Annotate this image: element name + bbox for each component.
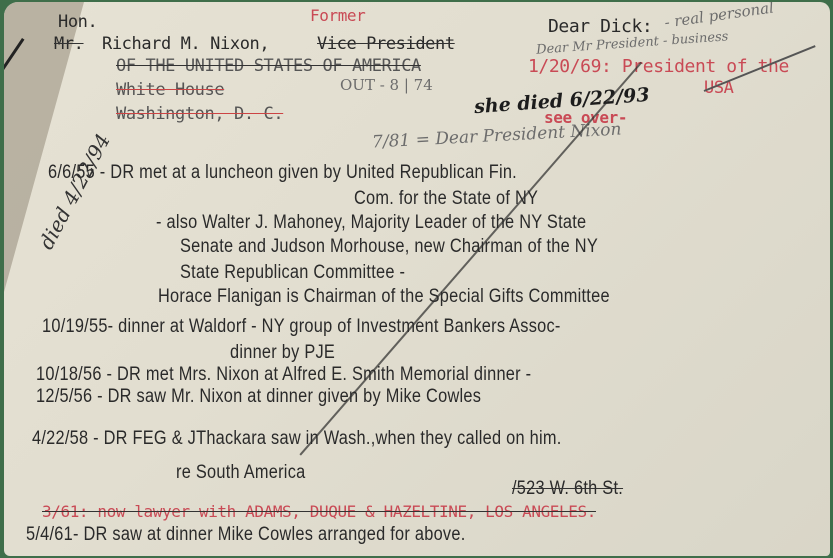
old-address: /523 W. 6th St.: [512, 478, 623, 500]
entry-line: 6/6/55 - DR met at a luncheon given by U…: [48, 162, 517, 184]
entry-line: Senate and Judson Morhouse, new Chairman…: [180, 236, 598, 258]
entry-line: State Republican Committee -: [180, 262, 405, 284]
lawyer-note: 3/61: now lawyer with ADAMS, DUQUE & HAZ…: [42, 502, 596, 521]
entry-line: 12/5/56 - DR saw Mr. Nixon at dinner giv…: [36, 386, 481, 408]
entry-line: 10/19/55- dinner at Waldorf - NY group o…: [42, 316, 561, 338]
hon-label: Hon.: [58, 12, 97, 32]
entry-line: dinner by PJE: [230, 342, 335, 364]
handwritten-out-date: OUT - 8 | 74: [340, 76, 433, 94]
former-label: Former: [310, 6, 365, 25]
entry-line: Horace Flanigan is Chairman of the Speci…: [158, 286, 610, 308]
mr-label: Mr.: [54, 34, 84, 54]
index-card: Hon. Former Mr. Richard M. Nixon, Vice P…: [4, 2, 830, 556]
entry-line: Com. for the State of NY: [354, 188, 538, 210]
addressee-city: Washington, D. C.: [116, 104, 283, 124]
entry-line-last: 5/4/61- DR saw at dinner Mike Cowles arr…: [26, 524, 466, 546]
entry-line: re South America: [176, 462, 305, 484]
addressee-title: Vice President: [317, 34, 455, 54]
salutation: Dear Dick:: [548, 16, 652, 37]
entry-line: 10/18/56 - DR met Mrs. Nixon at Alfred E…: [36, 364, 531, 386]
entry-line: - also Walter J. Mahoney, Majority Leade…: [156, 212, 586, 234]
entry-line: 4/22/58 - DR FEG & JThackara saw in Wash…: [32, 428, 562, 450]
addressee-building: White House: [116, 80, 224, 100]
addressee-name: Richard M. Nixon,: [102, 34, 279, 54]
president-note-line1: 1/20/69: President of the: [528, 56, 789, 77]
handwritten-real-personal: - real personal: [663, 2, 775, 32]
addressee-country: OF THE UNITED STATES OF AMERICA: [116, 56, 421, 76]
